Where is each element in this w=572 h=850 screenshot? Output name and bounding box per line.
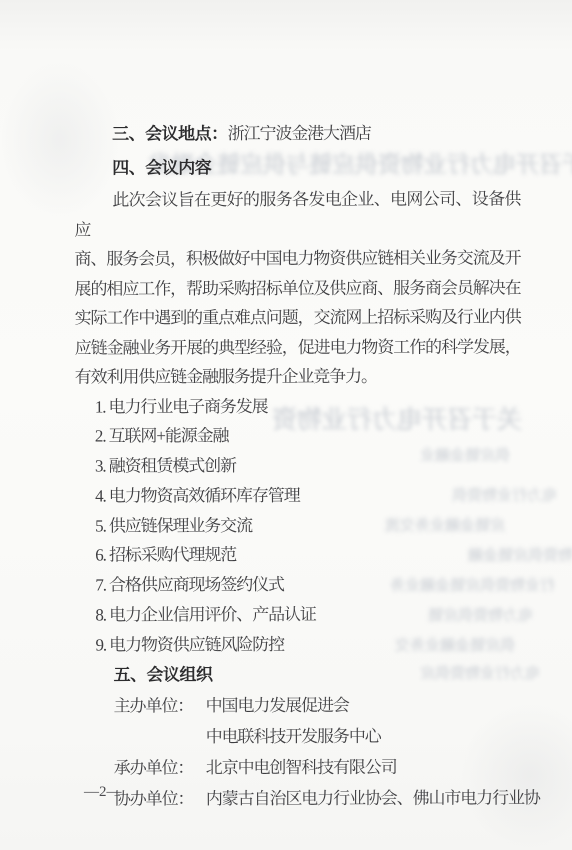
paragraph-line: 此次会议旨在更好的服务各发电企业、电网公司、设备供应	[74, 184, 520, 244]
document-content: 三、会议地点：浙江宁波金港大酒店 四、会议内容 此次会议旨在更好的服务各发电企业…	[74, 116, 522, 814]
organizer-value: 中国电力发展促进会	[206, 696, 349, 715]
organizer-list: 主办单位：中国电力发展促进会 中电联科技开发服务中心 承办单位：北京中电创智科技…	[76, 689, 522, 814]
topic-item: 8. 电力企业信用评价、产品认证	[75, 599, 521, 630]
section4-heading-label: 四、会议内容	[112, 158, 211, 177]
intro-paragraph: 此次会议旨在更好的服务各发电企业、电网公司、设备供应 商、服务会员，积极做好中国…	[74, 184, 521, 392]
topic-item: 9. 电力物资供应链风险防控	[75, 629, 521, 660]
document-page: 关于召开电力行业物资供应链与供应链金融发 关于召开电力行业物资 供应链金融业 电…	[0, 0, 572, 850]
topic-item: 7. 合格供应商现场签约仪式	[75, 570, 521, 601]
paragraph-line: 有效利用供应链金融服务提升企业竞争力。	[75, 361, 521, 392]
organizer-row: 主办单位：中国电力发展促进会	[76, 689, 522, 721]
paragraph-line: 应链金融业务开展的典型经验，促进电力物资工作的科学发展，	[75, 332, 521, 363]
topic-item: 5. 供应链保理业务交流	[75, 510, 521, 541]
paragraph-line: 商、服务会员，积极做好中国电力物资供应链相关业务交流及开	[74, 243, 520, 274]
paragraph-line: 实际工作中遇到的重点难点问题，交流网上招标采购及行业内供	[75, 302, 521, 333]
topic-list: 1. 电力行业电子商务发展 2. 互联网+能源金融 3. 融资租赁模式创新 4.…	[75, 391, 522, 660]
organizer-label: 协办单位：	[114, 783, 206, 814]
organizer-label: 承办单位：	[114, 752, 206, 783]
paragraph-line: 展的相应工作，帮助采购招标单位及供应商、服务商会员解决在	[74, 273, 520, 304]
section5-heading-label: 五、会议组织	[114, 665, 213, 684]
organizer-value: 内蒙古自治区电力行业协会、佛山市电力行业协	[206, 788, 540, 808]
topic-item: 3. 融资租赁模式创新	[75, 451, 521, 482]
section-heading-content: 四、会议内容	[74, 149, 520, 185]
organizer-label: 主办单位：	[114, 690, 206, 721]
organizer-row: 承办单位：北京中电创智科技有限公司	[76, 751, 522, 783]
page-number: —2—	[84, 784, 122, 801]
section-heading-location: 三、会议地点：浙江宁波金港大酒店	[74, 116, 520, 150]
section-heading-organization: 五、会议组织	[76, 659, 522, 690]
topic-item: 2. 互联网+能源金融	[75, 421, 521, 452]
topic-item: 4. 电力物资高效循环库存管理	[75, 480, 521, 511]
organizer-value: 北京中电创智科技有限公司	[206, 757, 397, 776]
topic-item: 6. 招标采购代理规范	[75, 540, 521, 571]
section3-heading-value: 浙江宁波金港大酒店	[228, 124, 371, 143]
section3-heading-label: 三、会议地点：	[112, 124, 228, 143]
organizer-row: 协办单位：内蒙古自治区电力行业协会、佛山市电力行业协	[76, 782, 522, 814]
organizer-row: 中电联科技开发服务中心	[76, 720, 522, 752]
organizer-value: 中电联科技开发服务中心	[206, 726, 381, 745]
topic-item: 1. 电力行业电子商务发展	[75, 391, 521, 422]
